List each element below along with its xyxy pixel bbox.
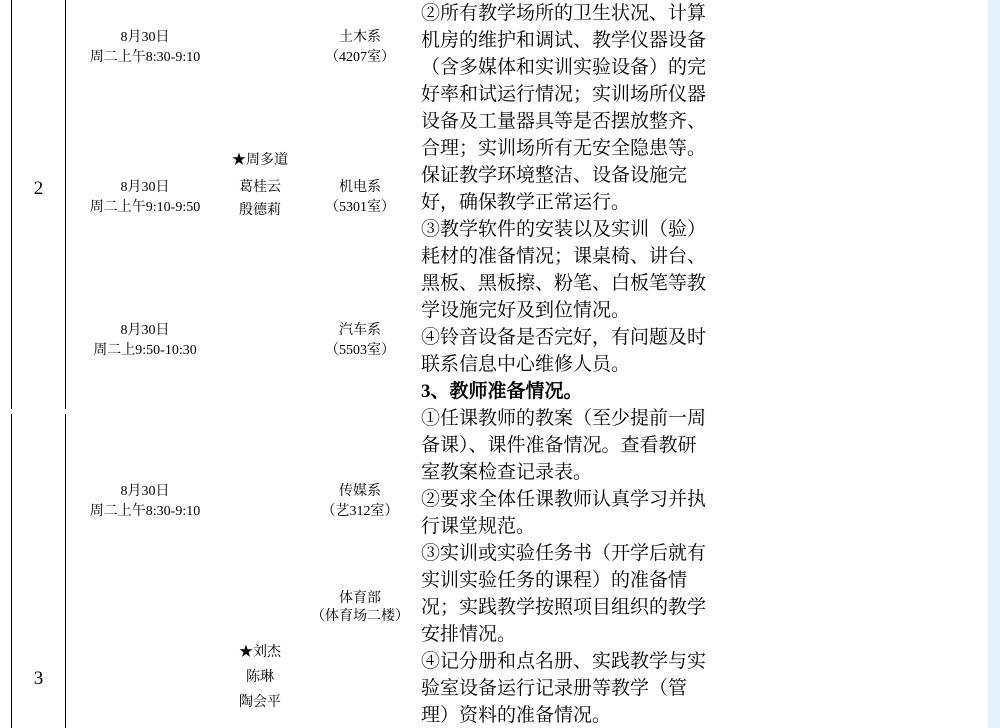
note-line: 机房的维护和调试、教学仪器设备 bbox=[421, 27, 721, 54]
note-line: 好率和试运行情况；实训场所仪器 bbox=[421, 81, 721, 108]
session-date: 8月30日 bbox=[75, 482, 215, 502]
note-line: 合理；实训场所有无安全隐患等。 bbox=[421, 135, 721, 162]
session-room: （5503室） bbox=[295, 341, 425, 361]
note-line: 况；实践教学按照项目组织的教学 bbox=[421, 594, 721, 621]
session-dept: 土木系 bbox=[295, 28, 425, 48]
session-room: （艺312室） bbox=[295, 502, 425, 522]
note-line: （含多媒体和实训实验设备）的完 bbox=[421, 54, 721, 81]
row-number: 3 bbox=[12, 669, 65, 689]
note-line: 理）资料的准备情况。 bbox=[421, 702, 721, 728]
session-schedule: 8月30日 周二上午8:30-9:10 bbox=[75, 482, 215, 522]
note-line: 实训实验任务的课程）的准备情 bbox=[421, 567, 721, 594]
note-line: ③实训或实验任务书（开学后就有 bbox=[421, 540, 721, 567]
session-dept: 机电系 bbox=[295, 178, 425, 198]
session-time: 周二上午8:30-9:10 bbox=[75, 502, 215, 522]
session-dept: 汽车系 bbox=[295, 321, 425, 341]
session-date: 8月30日 bbox=[75, 321, 215, 341]
row-number: 2 bbox=[12, 179, 65, 199]
window-edge-strip bbox=[988, 0, 1000, 728]
session-dept: 体育部 bbox=[295, 590, 425, 608]
session-schedule: 8月30日 周二上9:50-10:30 bbox=[75, 321, 215, 361]
session-dept: 传媒系 bbox=[295, 482, 425, 502]
table-border-outer-upper bbox=[11, 0, 12, 409]
table-border-inner-lower bbox=[65, 414, 66, 728]
table-border-inner-upper bbox=[65, 0, 66, 409]
note-line: ④铃音设备是否完好，有问题及时 bbox=[421, 324, 721, 351]
session-location: 汽车系 （5503室） bbox=[295, 321, 425, 361]
note-line: 备课）、课件准备情况。查看教研 bbox=[421, 432, 721, 459]
note-line: 行课堂规范。 bbox=[421, 513, 721, 540]
note-line: 安排情况。 bbox=[421, 621, 721, 648]
session-time: 周二上9:50-10:30 bbox=[75, 341, 215, 361]
note-line: 好，确保教学正常运行。 bbox=[421, 189, 721, 216]
note-line: ②所有教学场所的卫生状况、计算 bbox=[421, 0, 721, 27]
note-line: ③教学软件的安装以及实训（验） bbox=[421, 216, 721, 243]
session-location: 传媒系 （艺312室） bbox=[295, 482, 425, 522]
session-time: 周二上午9:10-9:50 bbox=[75, 198, 215, 218]
inspection-notes: ②所有教学场所的卫生状况、计算 机房的维护和调试、教学仪器设备 （含多媒体和实训… bbox=[421, 0, 721, 728]
session-room: （5301室） bbox=[295, 198, 425, 218]
session-location: 土木系 （4207室） bbox=[295, 28, 425, 68]
note-line: 学设施完好及到位情况。 bbox=[421, 297, 721, 324]
note-line: ④记分册和点名册、实践教学与实 bbox=[421, 648, 721, 675]
session-room: （体育场二楼） bbox=[295, 608, 425, 626]
inspector-lead: ★周多道 bbox=[200, 151, 320, 171]
document-page: 2 3 8月30日 周二上午8:30-9:10 土木系 （4207室） ★周多道… bbox=[0, 0, 1000, 728]
note-line: 联系信息中心维修人员。 bbox=[421, 351, 721, 378]
note-line: 黑板、黑板擦、粉笔、白板笔等教 bbox=[421, 270, 721, 297]
note-line: 保证教学环境整洁、设备设施完 bbox=[421, 162, 721, 189]
note-section-heading: 3、教师准备情况。 bbox=[421, 378, 721, 405]
inspector-member: 陈琳 bbox=[200, 668, 320, 688]
note-line: 室教案检查记录表。 bbox=[421, 459, 721, 486]
note-line: 验室设备运行记录册等教学（管 bbox=[421, 675, 721, 702]
session-location: 机电系 （5301室） bbox=[295, 178, 425, 218]
session-location: 体育部 （体育场二楼） bbox=[295, 590, 425, 626]
note-line: 设备及工量器具等是否摆放整齐、 bbox=[421, 108, 721, 135]
note-line: ②要求全体任课教师认真学习并执 bbox=[421, 486, 721, 513]
session-date: 8月30日 bbox=[75, 178, 215, 198]
inspector-lead: ★刘杰 bbox=[200, 643, 320, 663]
session-schedule: 8月30日 周二上午9:10-9:50 bbox=[75, 178, 215, 218]
session-schedule: 8月30日 周二上午8:30-9:10 bbox=[75, 28, 215, 68]
inspector-member: 陶会平 bbox=[200, 693, 320, 713]
note-line: 耗材的准备情况；课桌椅、讲台、 bbox=[421, 243, 721, 270]
session-date: 8月30日 bbox=[75, 28, 215, 48]
session-room: （4207室） bbox=[295, 48, 425, 68]
session-time: 周二上午8:30-9:10 bbox=[75, 48, 215, 68]
note-line: ①任课教师的教案（至少提前一周 bbox=[421, 405, 721, 432]
